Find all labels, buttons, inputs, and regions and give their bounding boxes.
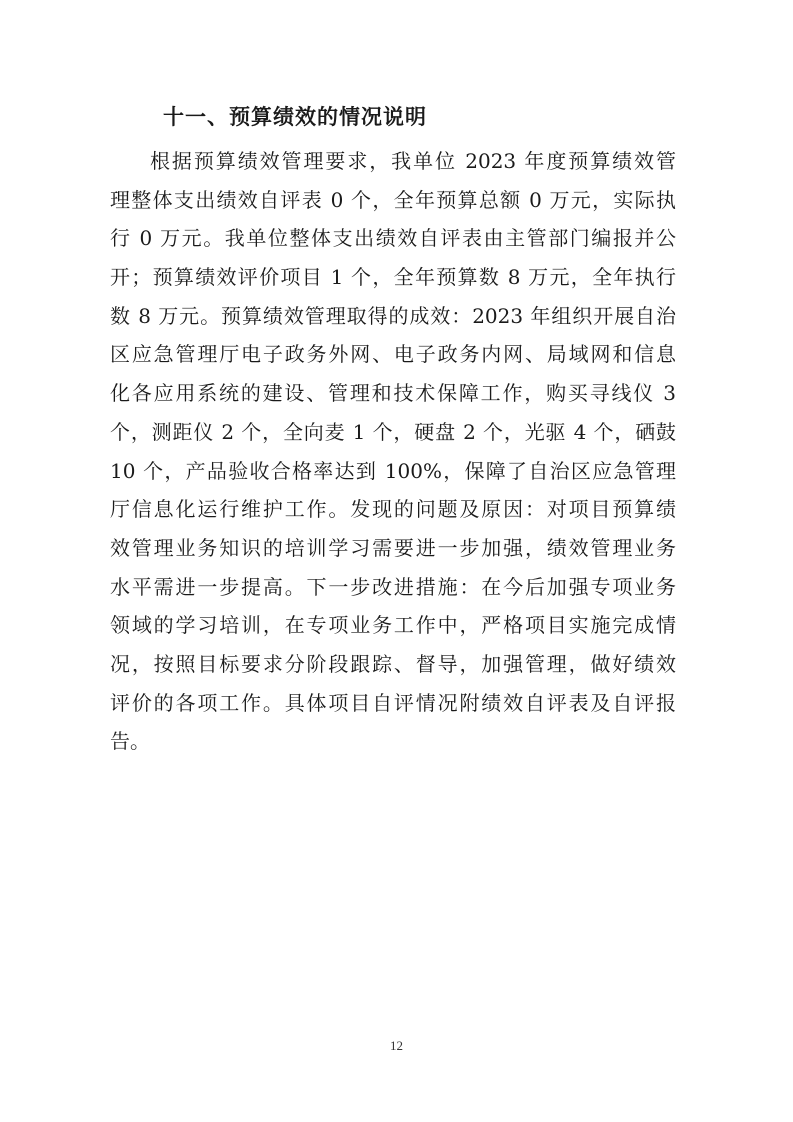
paragraph-line: 告。 (110, 722, 676, 761)
paragraph-line: 领域的学习培训，在专项业务工作中，严格项目实施完成情 (110, 606, 676, 645)
paragraph-line: 化各应用系统的建设、管理和技术保障工作，购买寻线仪 3 (110, 374, 676, 413)
page-number: 12 (0, 1038, 793, 1054)
paragraph-line: 开；预算绩效评价项目 1 个，全年预算数 8 万元，全年执行 (110, 258, 676, 297)
paragraph-line: 评价的各项工作。具体项目自评情况附绩效自评表及自评报 (110, 684, 676, 723)
paragraph-line: 效管理业务知识的培训学习需要进一步加强，绩效管理业务 (110, 529, 676, 568)
paragraph-line: 根据预算绩效管理要求，我单位 2023 年度预算绩效管 (110, 142, 676, 181)
paragraph-line: 个，测距仪 2 个，全向麦 1 个，硬盘 2 个，光驱 4 个，硒鼓 (110, 413, 676, 452)
paragraph-line: 10 个，产品验收合格率达到 100%，保障了自治区应急管理 (110, 452, 676, 491)
paragraph-line: 行 0 万元。我单位整体支出绩效自评表由主管部门编报并公 (110, 219, 676, 258)
document-page: 十一、预算绩效的情况说明 根据预算绩效管理要求，我单位 2023 年度预算绩效管… (0, 0, 793, 1122)
paragraph-line: 区应急管理厅电子政务外网、电子政务内网、局域网和信息 (110, 335, 676, 374)
paragraph-line: 理整体支出绩效自评表 0 个，全年预算总额 0 万元，实际执 (110, 181, 676, 220)
paragraph-line: 况，按照目标要求分阶段跟踪、督导，加强管理，做好绩效 (110, 645, 676, 684)
paragraph-line: 水平需进一步提高。下一步改进措施：在今后加强专项业务 (110, 568, 676, 607)
paragraph-line: 数 8 万元。预算绩效管理取得的成效：2023 年组织开展自治 (110, 297, 676, 336)
section-heading: 十一、预算绩效的情况说明 (163, 102, 427, 132)
paragraph-line: 厅信息化运行维护工作。发现的问题及原因：对项目预算绩 (110, 490, 676, 529)
section-body: 根据预算绩效管理要求，我单位 2023 年度预算绩效管 理整体支出绩效自评表 0… (110, 142, 676, 761)
